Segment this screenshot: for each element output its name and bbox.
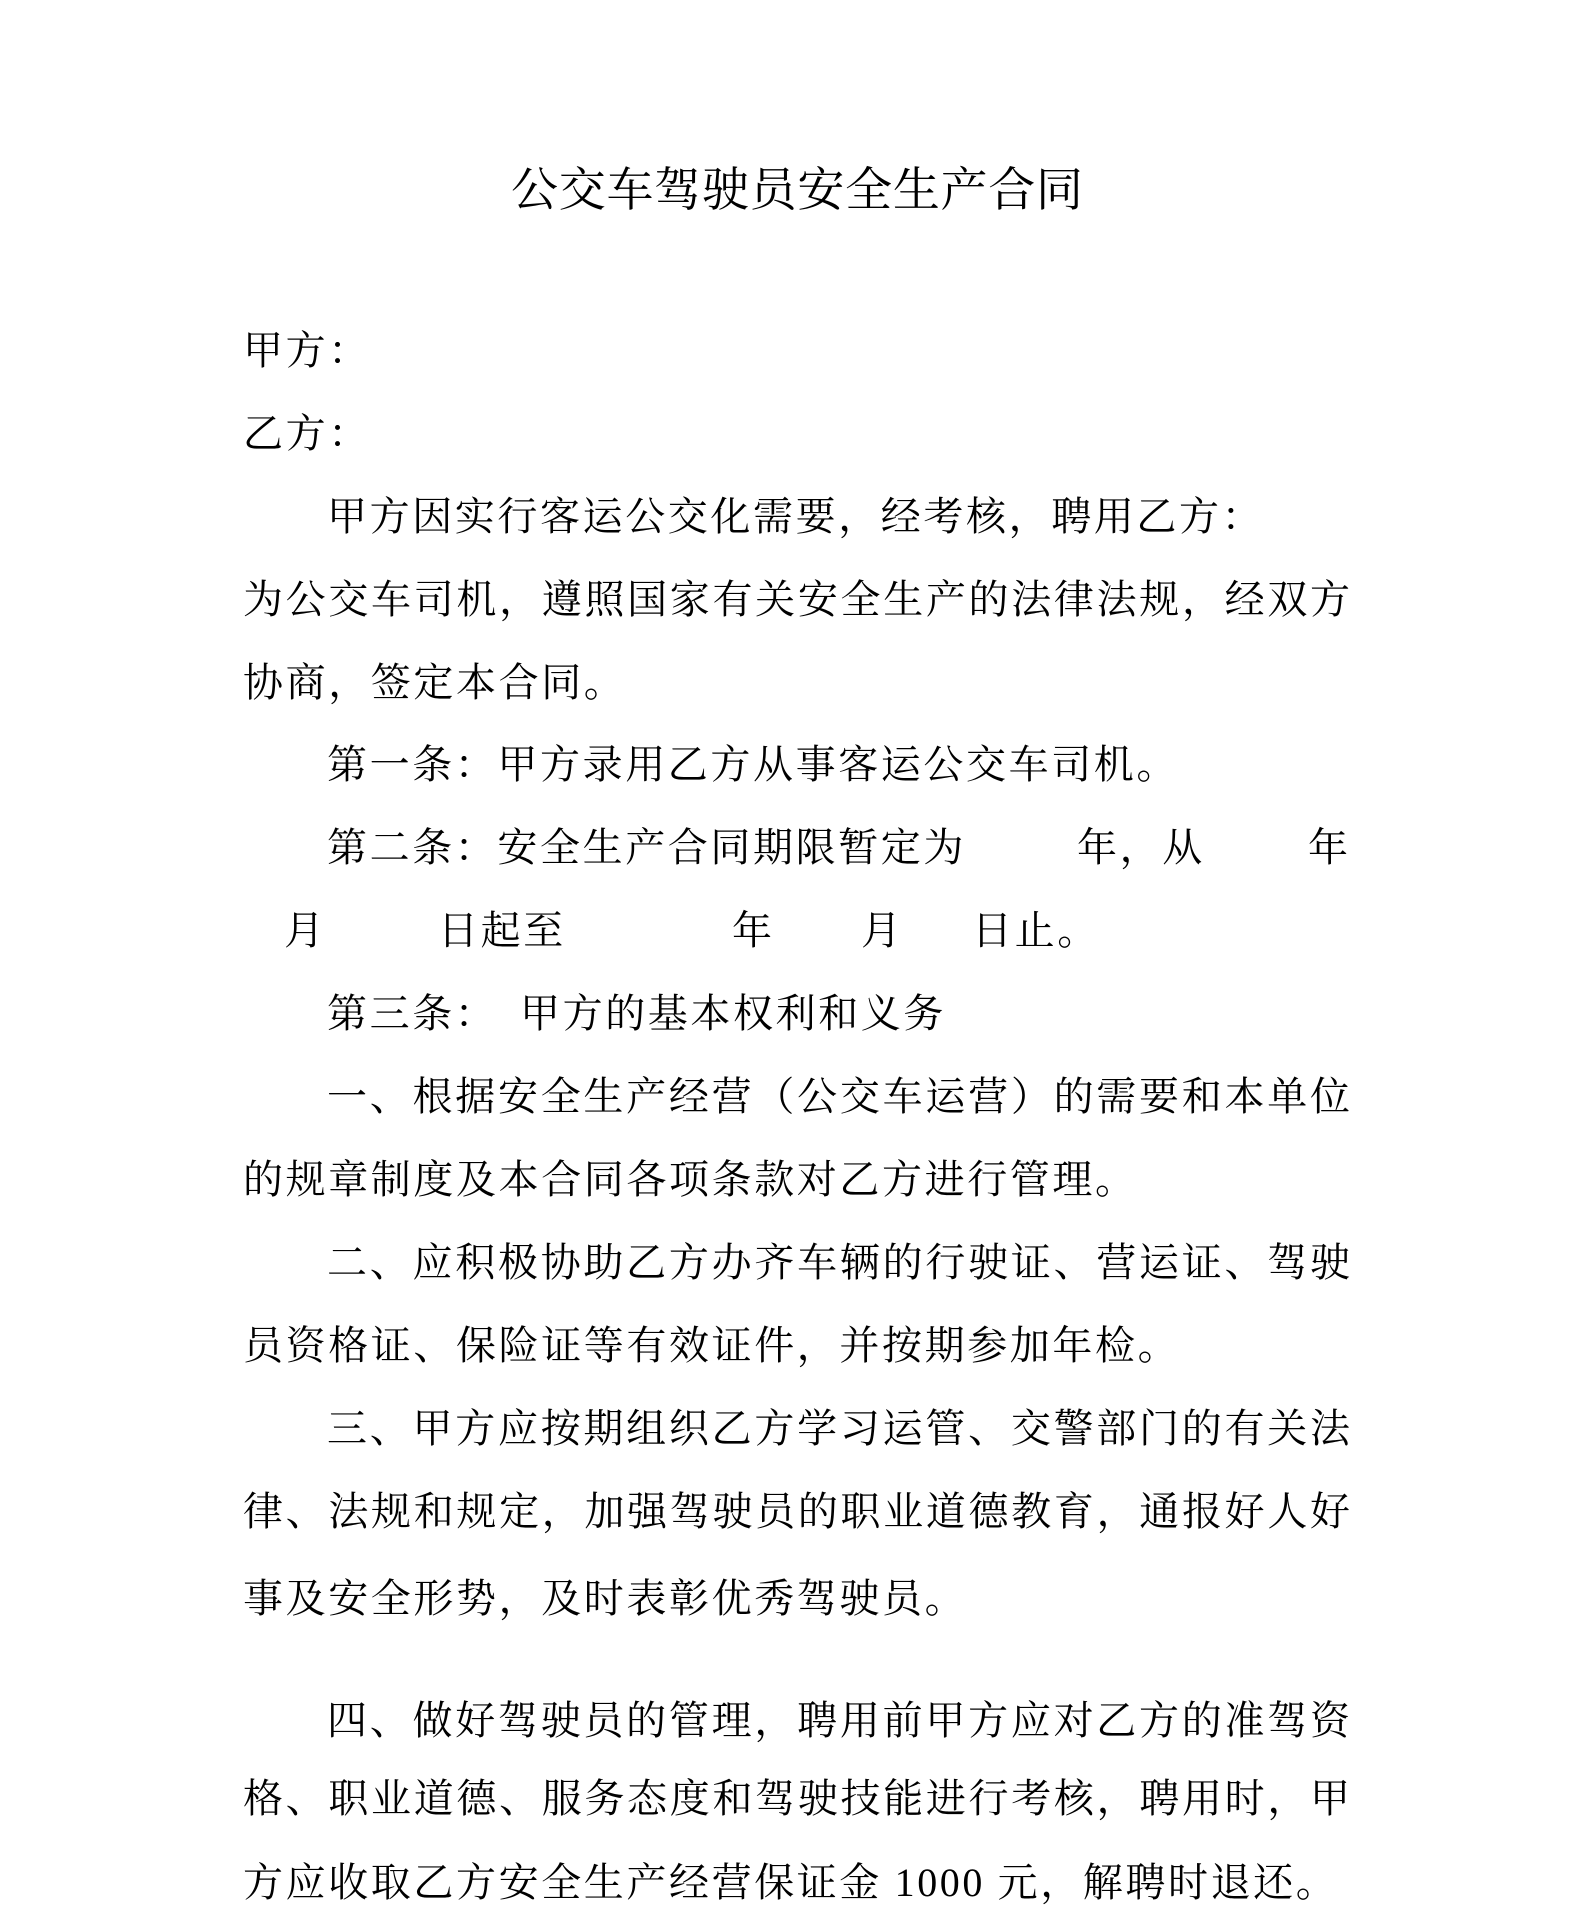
article-1: 第一条：甲方录用乙方从事客运公交车司机。 xyxy=(327,740,1179,790)
item-3-line-2: 律、法规和规定，加强驾驶员的职业道德教育，通报好人好 xyxy=(243,1487,1350,1537)
item-4-line-3: 方应收取乙方安全生产经营保证金 1000 元，解聘时退还。 xyxy=(243,1858,1338,1908)
article-2-term-years: 年，从 xyxy=(1077,823,1205,873)
article-2-start-day: 日起至 xyxy=(438,906,566,956)
article-2-end-month: 月 xyxy=(861,906,904,956)
item-4-line-2: 格、职业道德、服务态度和驾驶技能进行考核，聘用时，甲 xyxy=(243,1774,1350,1824)
preamble-line-1: 甲方因实行客运公交化需要，经考核，聘用乙方： xyxy=(327,492,1264,542)
article-3-heading: 第三条： 甲方的基本权利和义务 xyxy=(327,989,946,1039)
preamble-line-2: 为公交车司机，遵照国家有关安全生产的法律法规，经双方 xyxy=(243,575,1350,625)
article-2-end-day: 日止。 xyxy=(972,906,1100,956)
article-2-end-year: 年 xyxy=(732,906,775,956)
preamble-line-3: 协商，签定本合同。 xyxy=(243,658,626,708)
party-a-label: 甲方： xyxy=(243,326,371,376)
document-title: 公交车驾驶员安全生产合同 xyxy=(511,156,1083,226)
item-1-line-2: 的规章制度及本合同各项条款对乙方进行管理。 xyxy=(243,1155,1138,1205)
document-page: 公交车驾驶员安全生产合同 甲方： 乙方： 甲方因实行客运公交化需要，经考核，聘用… xyxy=(0,0,1587,1919)
party-b-label: 乙方： xyxy=(243,409,371,459)
item-3-line-1: 三、甲方应按期组织乙方学习运管、交警部门的有关法 xyxy=(327,1404,1350,1454)
article-2-prefix: 第二条：安全生产合同期限暂定为 xyxy=(327,823,966,873)
article-2-start-year: 年 xyxy=(1308,823,1351,873)
item-4-line-1: 四、做好驾驶员的管理，聘用前甲方应对乙方的准驾资 xyxy=(327,1696,1350,1746)
item-3-line-3: 事及安全形势，及时表彰优秀驾驶员。 xyxy=(243,1574,967,1624)
item-1-line-1: 一、根据安全生产经营（公交车运营）的需要和本单位 xyxy=(327,1072,1350,1122)
item-2-line-2: 员资格证、保险证等有效证件，并按期参加年检。 xyxy=(243,1321,1180,1371)
article-2-start-month: 月 xyxy=(284,906,327,956)
item-2-line-1: 二、应积极协助乙方办齐车辆的行驶证、营运证、驾驶 xyxy=(327,1238,1350,1288)
